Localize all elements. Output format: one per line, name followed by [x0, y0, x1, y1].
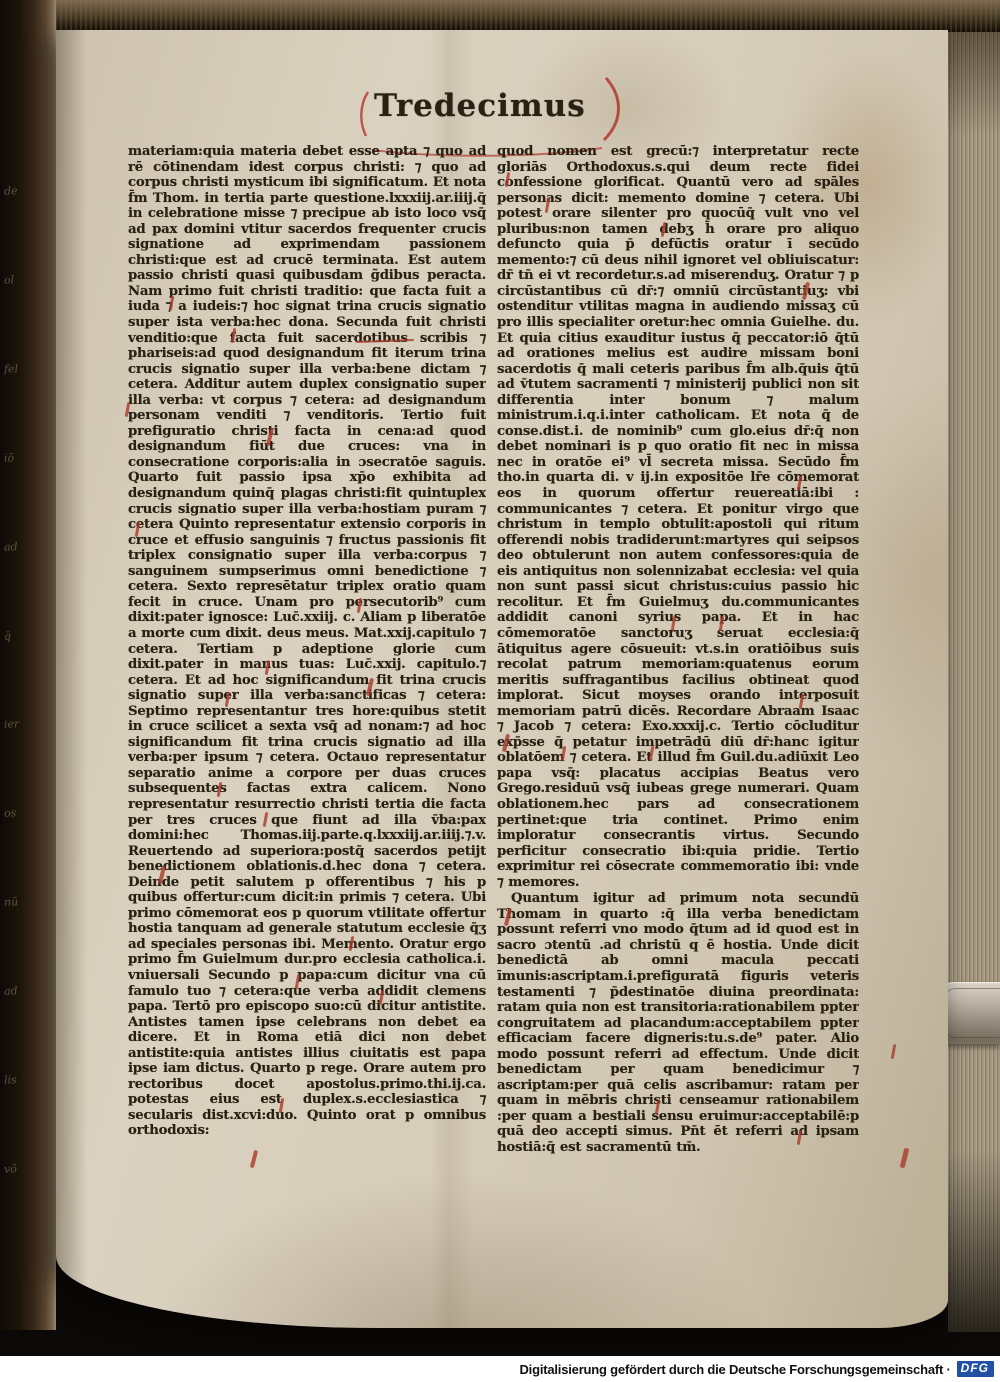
rubrication-mark [891, 1044, 897, 1059]
book-right-page-edges [948, 32, 1000, 1332]
rubrication-mark [900, 1148, 910, 1169]
column-right-paragraph-1: quod nomen est grecū:⁊ interpretatur rec… [497, 144, 859, 890]
marginalia-fragment: ad [4, 984, 44, 997]
text-column-left: materiam:quia materia debet esse apta ⁊ … [128, 144, 486, 1172]
marginalia-fragment: q̄ [4, 629, 44, 642]
marginalia-fragment: nū [4, 896, 44, 909]
marginalia-fragment: vō [4, 1162, 44, 1175]
manuscript-page: Tredecimus materiam:quia materia debet e… [56, 30, 948, 1328]
marginalia-fragments: de ol fel iō ad q̄ ier os nū ad lis vō [4, 185, 44, 1175]
column-right-paragraph-2: Quantum igitur ad primum nota secundū Th… [497, 891, 859, 1155]
marginalia-fragment: lis [4, 1073, 44, 1086]
digitization-credit-text: Digitalisierung gefördert durch die Deut… [519, 1362, 950, 1377]
book-top-page-edges [0, 0, 1000, 32]
book-gutter-spine: de ol fel iō ad q̄ ier os nū ad lis vō [0, 0, 56, 1330]
footer-bar: Digitalisierung gefördert durch die Deut… [0, 1356, 1000, 1382]
page-header-title: Tredecimus [374, 88, 614, 124]
column-left-text: materiam:quia materia debet esse apta ⁊ … [128, 144, 486, 1139]
dfg-logo: DFG [957, 1361, 994, 1377]
marginalia-fragment: ol [4, 273, 44, 286]
marginalia-fragment: os [4, 807, 44, 820]
marginalia-fragment: de [4, 184, 44, 197]
marginalia-fragment: ad [4, 540, 44, 553]
marginalia-fragment: ier [4, 718, 44, 731]
marginalia-fragment: fel [4, 362, 44, 375]
marginalia-fragment: iō [4, 451, 44, 464]
